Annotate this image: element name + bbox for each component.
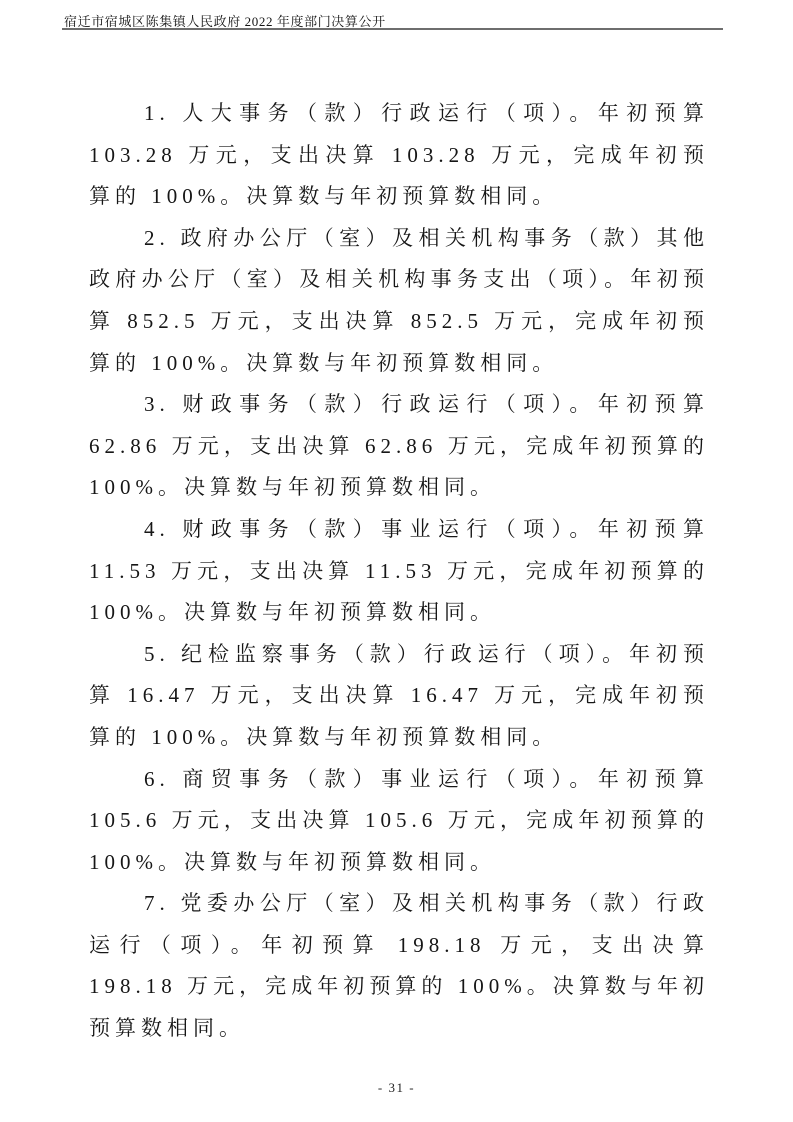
budget-paragraph-6: 6. 商贸事务（款）事业运行（项）。年初预算 105.6 万元，支出决算 105…: [89, 759, 709, 884]
page-number: - 31 -: [0, 1080, 793, 1096]
budget-paragraph-7: 7. 党委办公厅（室）及相关机构事务（款）行政运行（项）。年初预算 198.18…: [89, 883, 709, 1049]
budget-paragraph-2: 2. 政府办公厅（室）及相关机构事务（款）其他政府办公厅（室）及相关机构事务支出…: [89, 218, 709, 384]
document-body: 1. 人大事务（款）行政运行（项）。年初预算 103.28 万元，支出决算 10…: [89, 93, 709, 1050]
budget-paragraph-1: 1. 人大事务（款）行政运行（项）。年初预算 103.28 万元，支出决算 10…: [89, 93, 709, 218]
header-divider: [62, 28, 723, 30]
budget-paragraph-4: 4. 财政事务（款）事业运行（项）。年初预算 11.53 万元，支出决算 11.…: [89, 509, 709, 634]
budget-paragraph-3: 3. 财政事务（款）行政运行（项）。年初预算 62.86 万元，支出决算 62.…: [89, 384, 709, 509]
document-page: 宿迁市宿城区陈集镇人民政府 2022 年度部门决算公开 1. 人大事务（款）行政…: [0, 0, 793, 1122]
budget-paragraph-5: 5. 纪检监察事务（款）行政运行（项）。年初预算 16.47 万元，支出决算 1…: [89, 634, 709, 759]
